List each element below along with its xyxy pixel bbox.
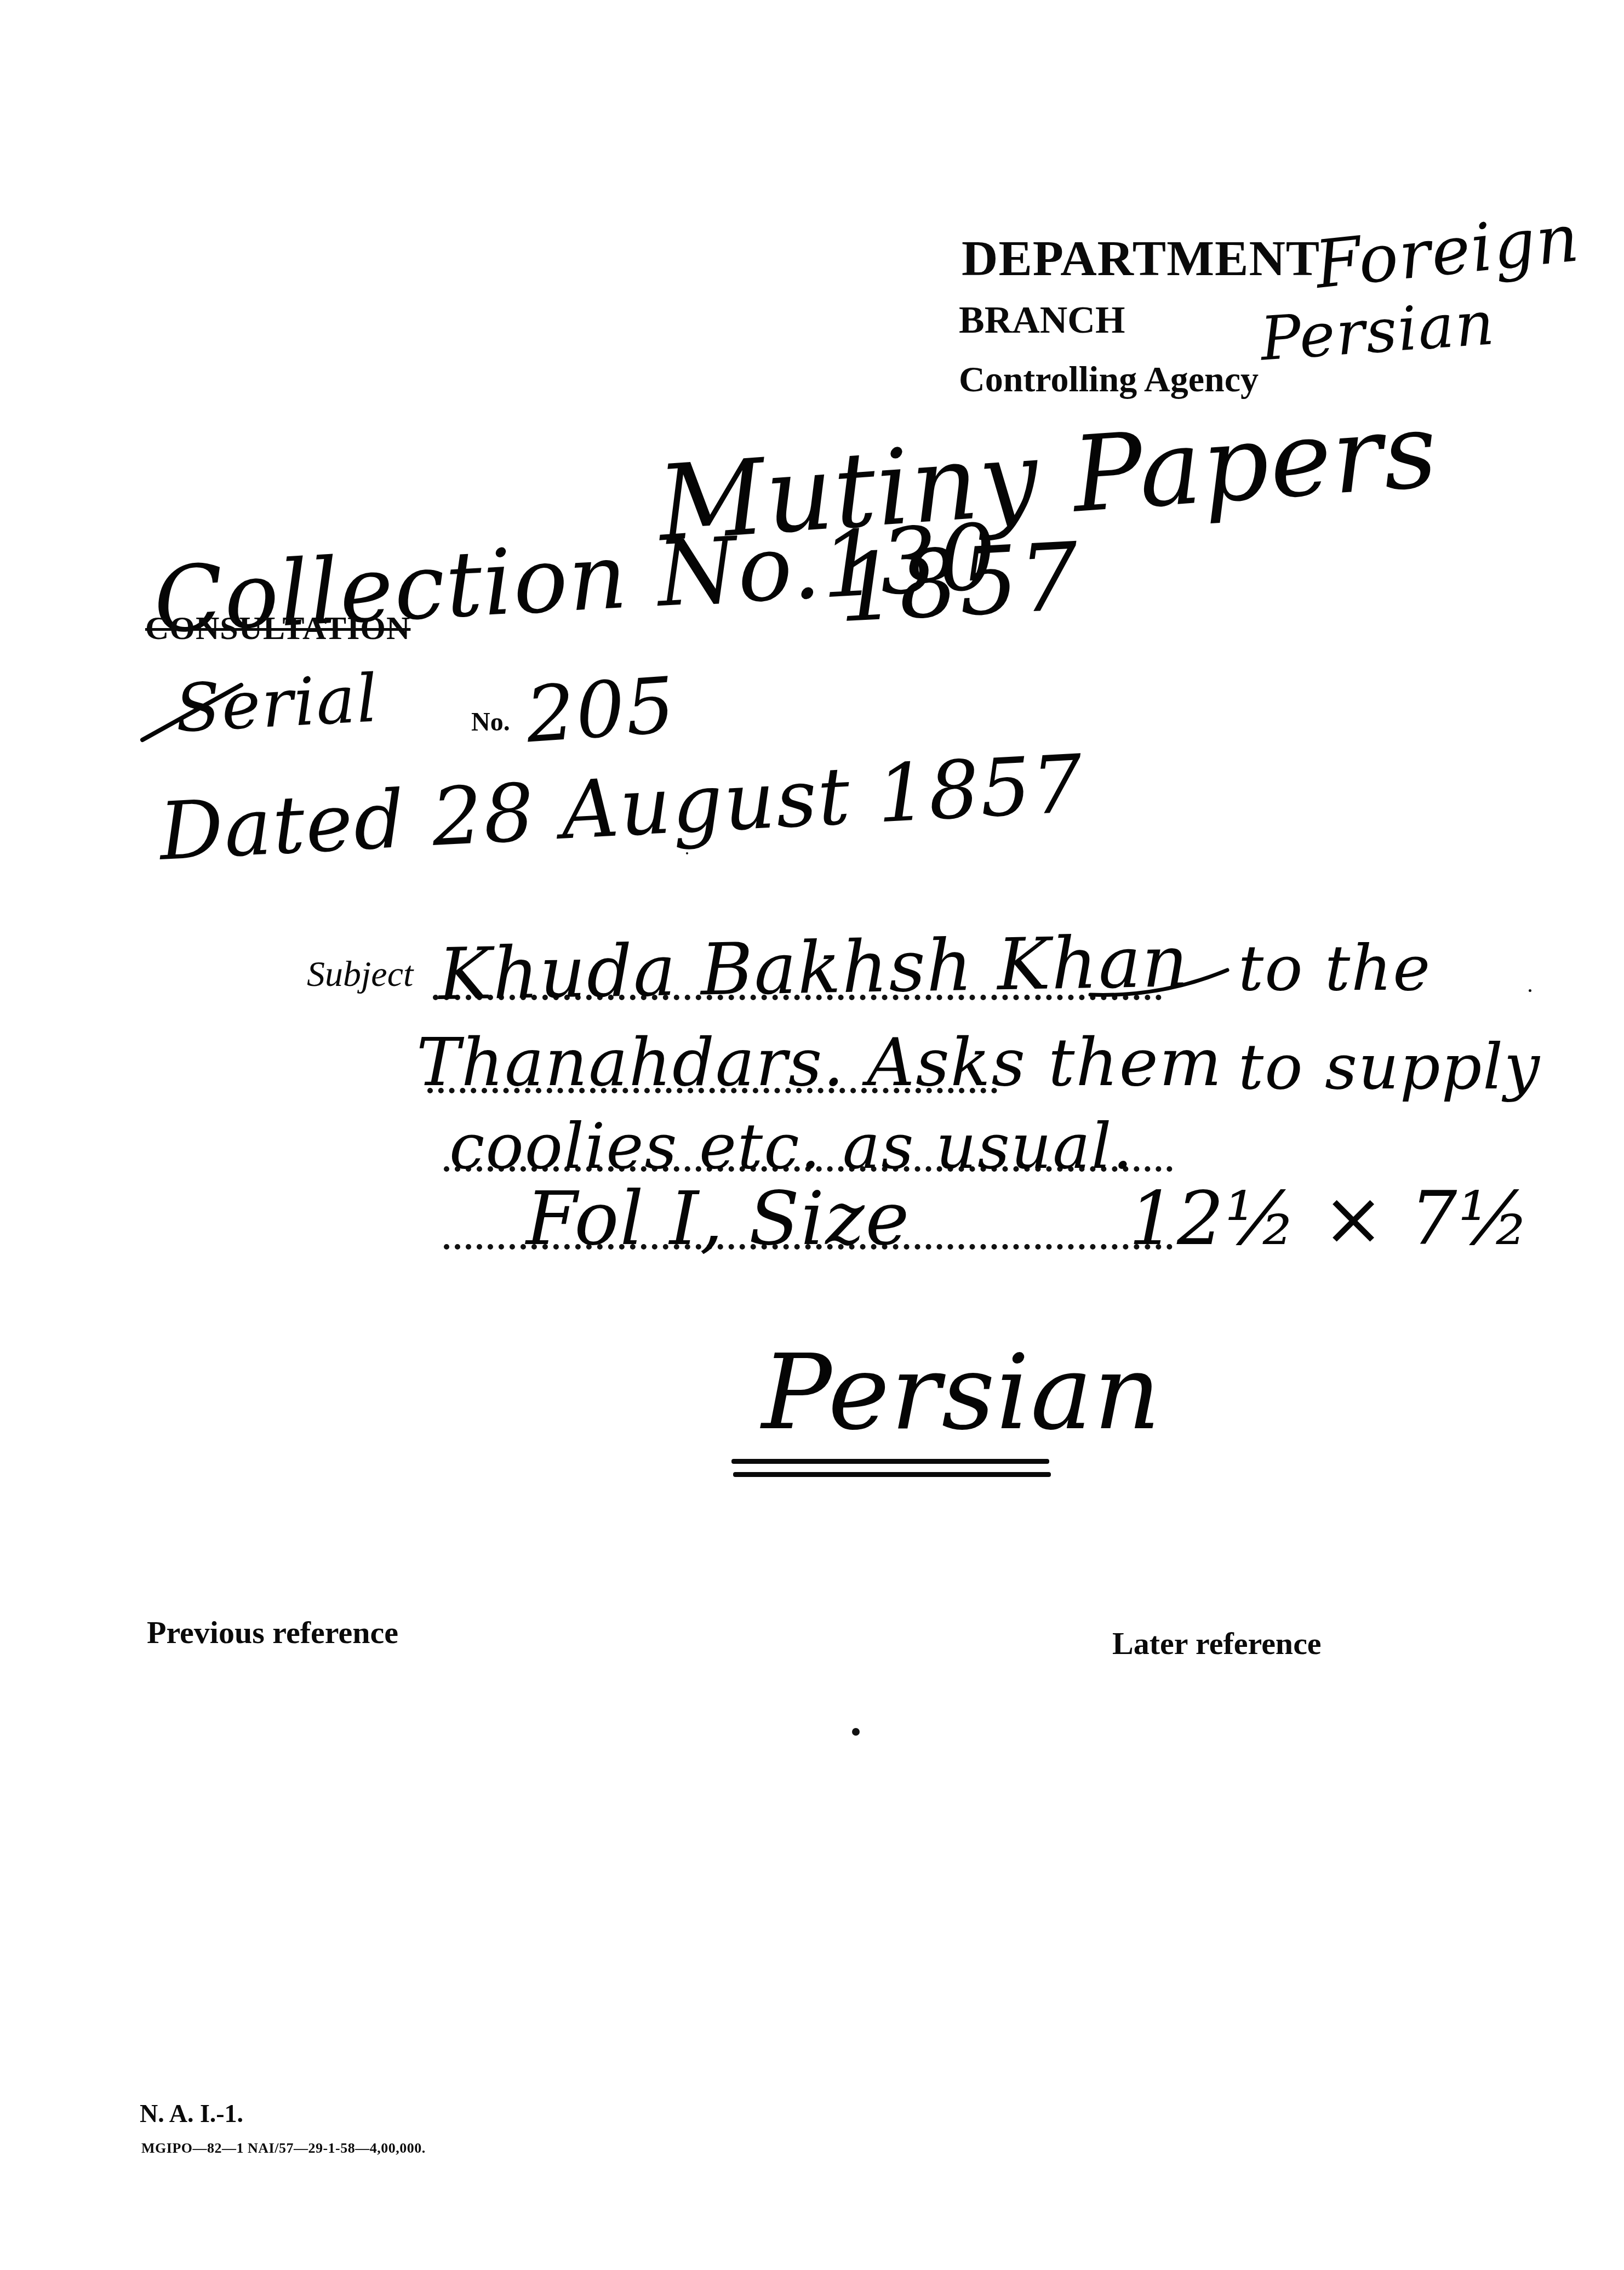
language-underline-bottom [733, 1472, 1051, 1477]
subject-line-1-end: to the [1238, 932, 1431, 1005]
department-label: DEPARTMENT [962, 229, 1320, 287]
previous-reference-label: Previous reference [147, 1614, 398, 1651]
subject-flourish [1090, 959, 1233, 1003]
controlling-agency-label: Controlling Agency [959, 359, 1259, 401]
serial-lead-stroke [137, 680, 247, 745]
consultation-label-struck: CONSULTATION [145, 609, 410, 647]
form-code: N. A. I.-1. [140, 2099, 243, 2128]
print-line: MGIPO—82—1 NAI/57—29-1-58—4,00,000. [141, 2140, 426, 2157]
language-underline-top [731, 1459, 1049, 1464]
subject-line-3: coolies etc. as usual. [449, 1110, 1134, 1183]
dated-value: Dated 28 August 1857 [157, 738, 1086, 879]
subject-label: Subject [307, 954, 413, 995]
subject-line-2: Thanahdars. Asks them [416, 1025, 1223, 1101]
branch-label: BRANCH [959, 299, 1125, 343]
serial-number-value: 205 [523, 661, 679, 761]
language-value: Persian [762, 1332, 1162, 1453]
branch-value: Persian [1258, 288, 1497, 374]
subject-line-4-size: 12½ × 7½ [1129, 1176, 1531, 1262]
serial-number-label: No. [471, 707, 510, 737]
subject-line-4: Fol I, Size [526, 1176, 910, 1262]
ink-speck [1529, 989, 1531, 992]
later-reference-label: Later reference [1112, 1625, 1322, 1662]
subject-line-1: Khuda Bakhsh Khan [438, 920, 1190, 1016]
collection-year: 1857 [836, 523, 1082, 644]
ink-speck [852, 1728, 860, 1736]
department-value: Foreign [1312, 200, 1583, 304]
ink-speck [686, 852, 688, 854]
subject-line-2-end: to supply [1238, 1030, 1541, 1104]
